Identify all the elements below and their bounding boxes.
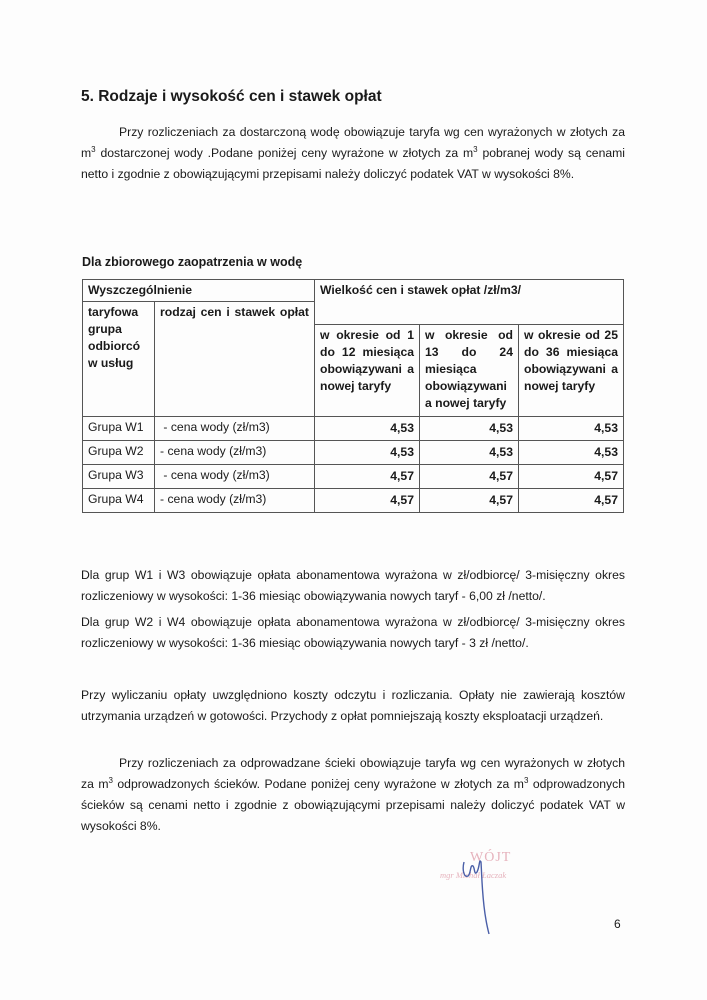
group-cell: Grupa W1 (83, 417, 155, 441)
table-row: Grupa W4 - cena wody (zł/m3) 4,57 4,57 4… (83, 489, 624, 513)
value-cell: 4,57 (420, 489, 519, 513)
sewage-paragraph: Przy rozliczeniach za odprowadzane ściek… (81, 753, 625, 837)
fee-w2-w4-paragraph: Dla grup W2 i W4 obowiązuje opłata abona… (81, 612, 625, 654)
value-cell: 4,57 (315, 489, 420, 513)
handwritten-signature-icon (440, 848, 580, 938)
type-cell: - cena wody (zł/m3) (155, 417, 315, 441)
intro-paragraph: Przy rozliczeniach za dostarczoną wodę o… (81, 122, 625, 185)
header-price-type-text: rodzaj cen i stawek opłat (160, 304, 309, 321)
header-period-2: w okresie od 13 do 24 miesiąca obowiązyw… (420, 325, 519, 417)
header-period-1: w okresie od 1 do 12 miesiąca obowiązywa… (315, 325, 420, 417)
signature-stamp: WÓJT mgr Michał Łaczak (440, 848, 580, 938)
value-cell: 4,53 (315, 441, 420, 465)
value-cell: 4,57 (519, 489, 624, 513)
sewage-text-2: odprowadzonych ścieków. Podane poniżej c… (113, 777, 524, 791)
section-heading: 5. Rodzaje i wysokość cen i stawek opłat (81, 88, 382, 106)
table-subtitle: Dla zbiorowego zaopatrzenia w wodę (82, 255, 302, 269)
document-page: 5. Rodzaje i wysokość cen i stawek opłat… (0, 0, 707, 1000)
value-cell: 4,53 (519, 441, 624, 465)
table-row: Grupa W1 - cena wody (zł/m3) 4,53 4,53 4… (83, 417, 624, 441)
header-tariff-group: taryfowa grupa odbiorcó w usług (83, 302, 155, 417)
table-row: Grupa W3 - cena wody (zł/m3) 4,57 4,57 4… (83, 465, 624, 489)
type-cell: - cena wody (zł/m3) (155, 441, 315, 465)
value-cell: 4,57 (420, 465, 519, 489)
group-cell: Grupa W4 (83, 489, 155, 513)
header-specification: Wyszczególnienie (83, 280, 315, 302)
tariff-table: Wyszczególnienie Wielkość cen i stawek o… (82, 279, 624, 513)
fee-w1-w3-paragraph: Dla grup W1 i W3 obowiązuje opłata abona… (81, 565, 625, 607)
header-price-size: Wielkość cen i stawek opłat /zł/m3/ (315, 280, 624, 325)
type-cell: - cena wody (zł/m3) (155, 489, 315, 513)
value-cell: 4,57 (315, 465, 420, 489)
group-cell: Grupa W3 (83, 465, 155, 489)
type-cell: - cena wody (zł/m3) (155, 465, 315, 489)
intro-text-2: dostarczonej wody .Podane poniżej ceny w… (96, 146, 474, 160)
costs-note-paragraph: Przy wyliczaniu opłaty uwzględniono kosz… (81, 685, 625, 727)
header-price-type: rodzaj cen i stawek opłat (155, 302, 315, 417)
value-cell: 4,53 (519, 417, 624, 441)
value-cell: 4,53 (420, 441, 519, 465)
table-row: Grupa W2 - cena wody (zł/m3) 4,53 4,53 4… (83, 441, 624, 465)
header-period-3: w okresie od 25 do 36 miesiąca obowiązyw… (519, 325, 624, 417)
group-cell: Grupa W2 (83, 441, 155, 465)
value-cell: 4,53 (420, 417, 519, 441)
value-cell: 4,57 (519, 465, 624, 489)
value-cell: 4,53 (315, 417, 420, 441)
page-number: 6 (614, 917, 621, 931)
